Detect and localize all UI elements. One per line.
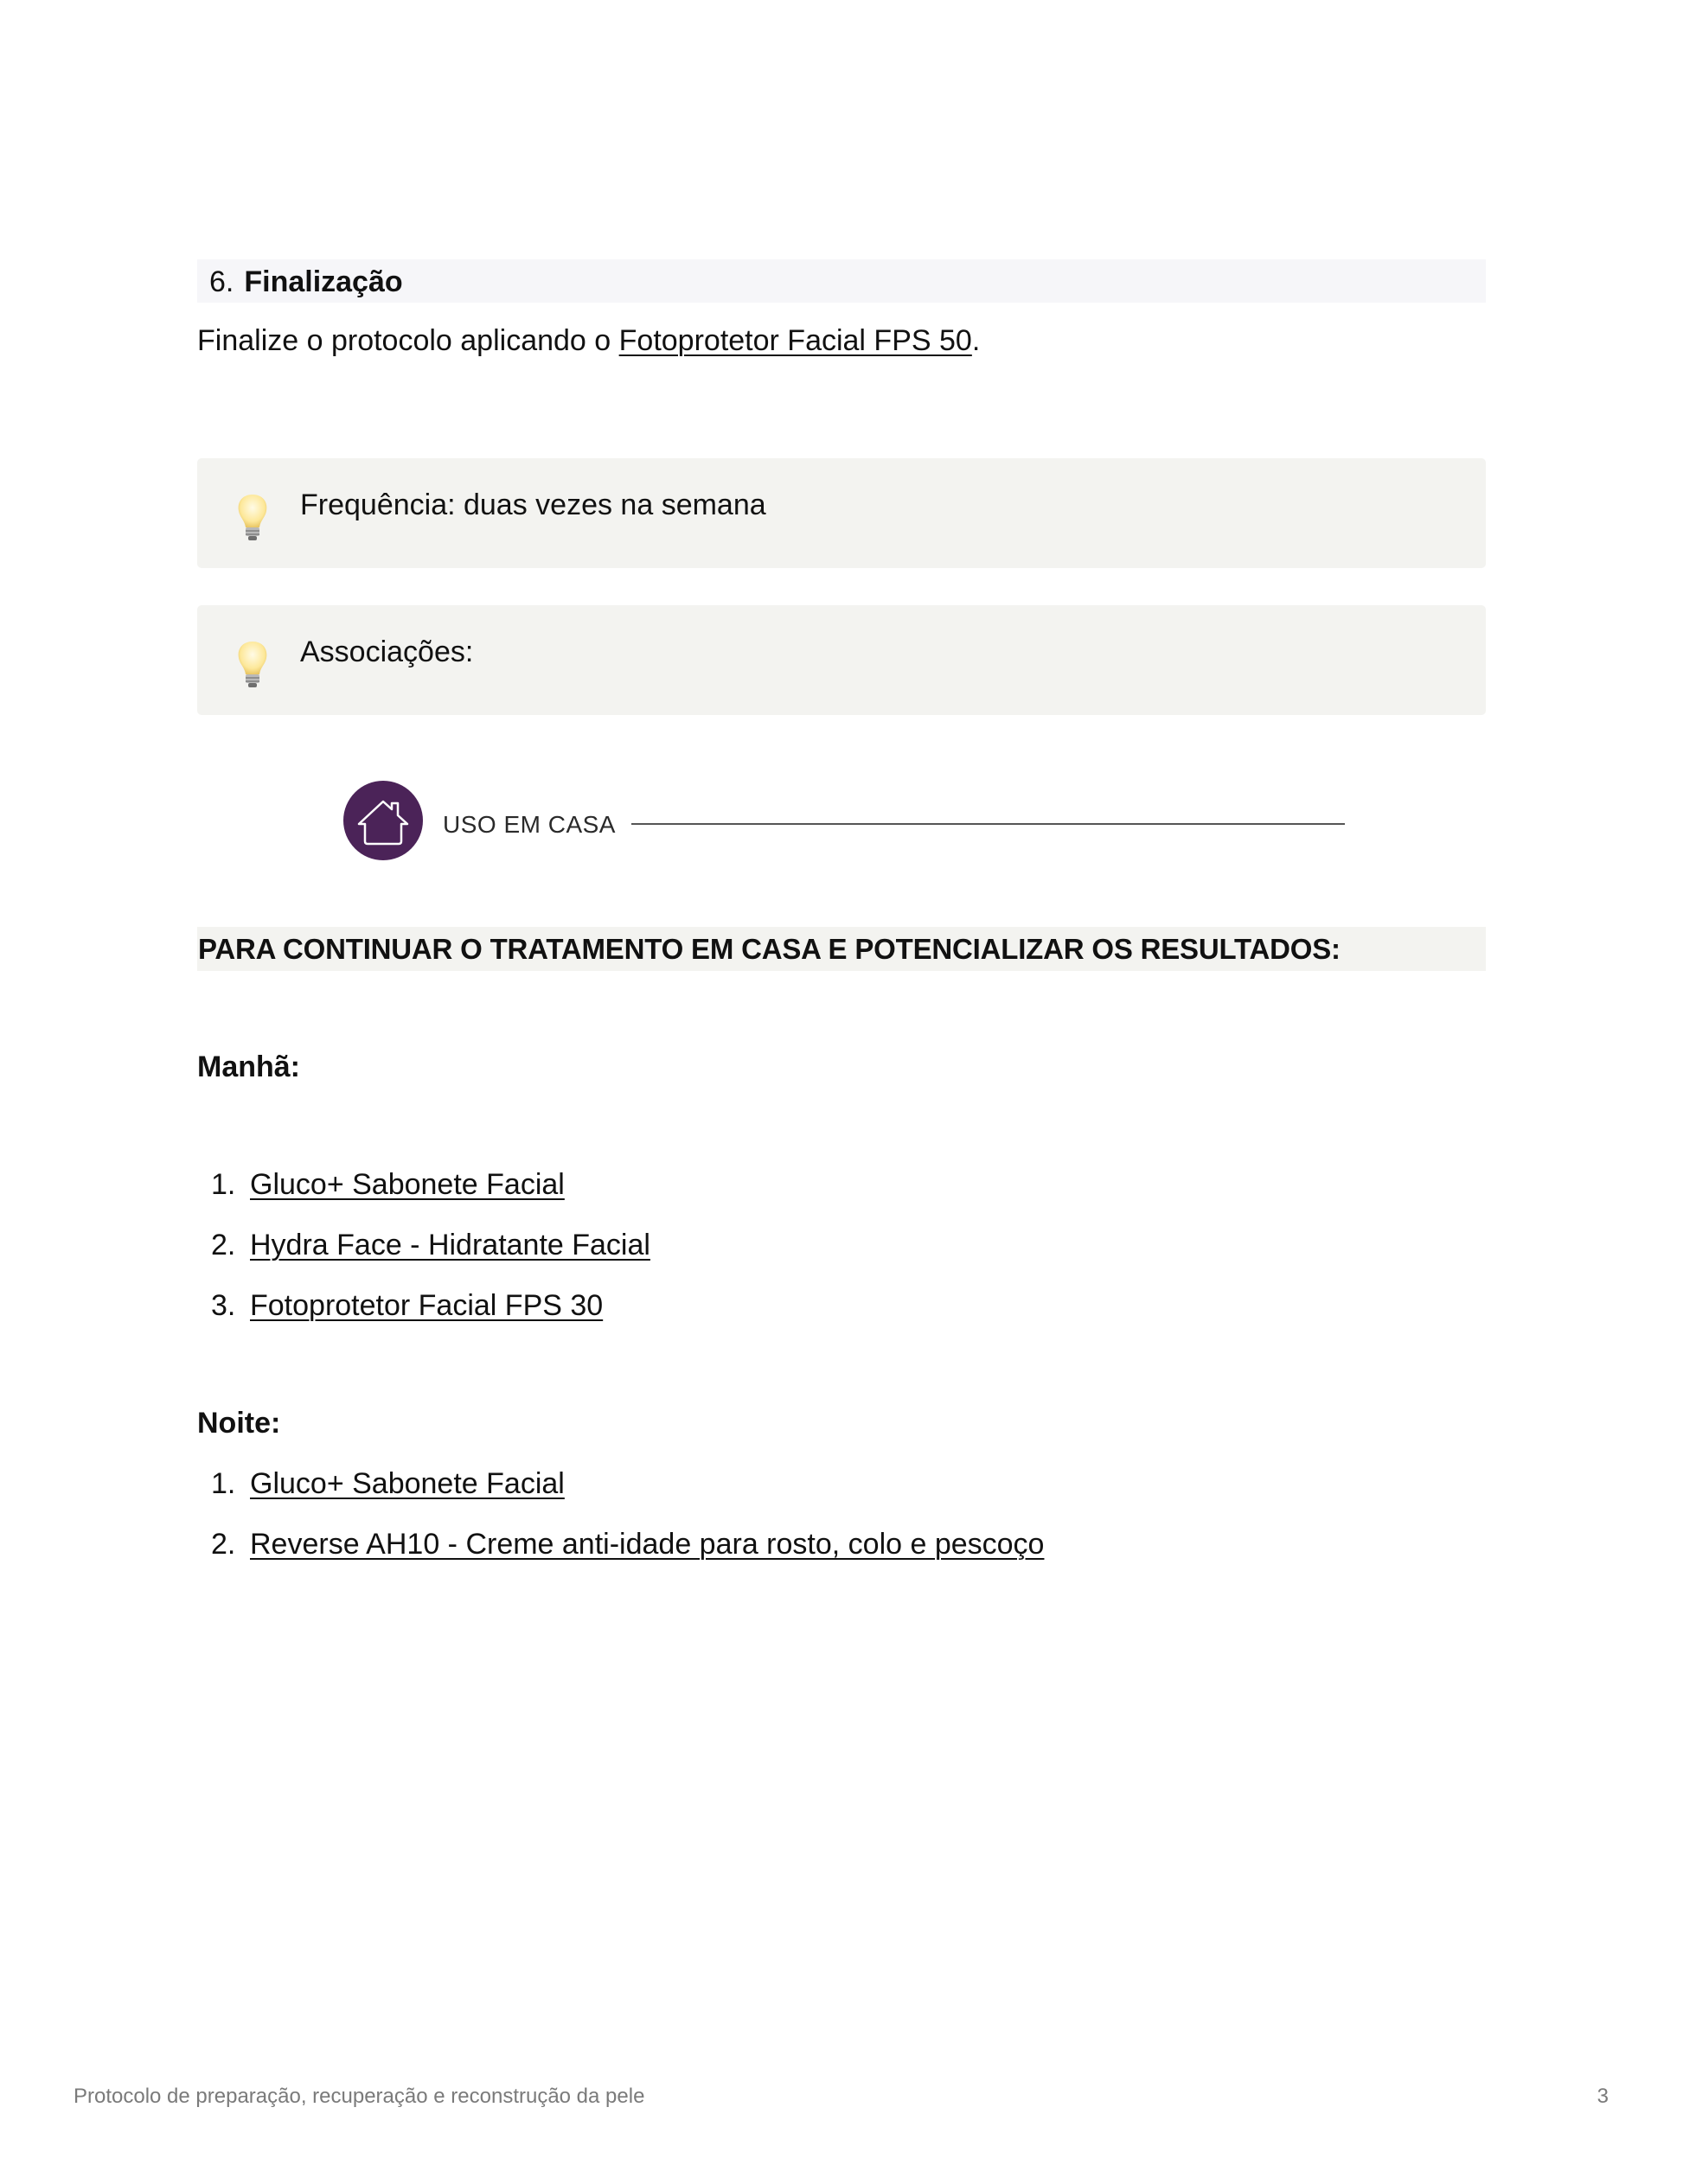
- list-number: 3.: [211, 1287, 250, 1325]
- product-link-fotoprotetor-fps50[interactable]: Fotoprotetor Facial FPS 50: [619, 324, 972, 357]
- product-link[interactable]: Gluco+ Sabonete Facial: [250, 1467, 565, 1500]
- night-list-item: 2.Reverse AH10 - Creme anti-idade para r…: [211, 1525, 1044, 1563]
- page-number: 3: [1597, 2084, 1609, 2110]
- section-divider-line: [631, 823, 1345, 825]
- section-label-uso-em-casa: USO EM CASA: [443, 808, 616, 842]
- morning-list-item: 2.Hydra Face - Hidratante Facial: [211, 1226, 650, 1264]
- step-text-end: .: [972, 324, 980, 357]
- lightbulb-icon: [235, 640, 270, 692]
- section-heading: PARA CONTINUAR O TRATAMENTO EM CASA E PO…: [198, 927, 1341, 971]
- step-title: 6.Finalização: [209, 259, 403, 303]
- step-number: 6.: [209, 265, 234, 298]
- product-link[interactable]: Gluco+ Sabonete Facial: [250, 1168, 565, 1201]
- step-paragraph: Finalize o protocolo aplicando o Fotopro…: [197, 320, 980, 361]
- list-number: 1.: [211, 1165, 250, 1204]
- product-link[interactable]: Reverse AH10 - Creme anti-idade para ros…: [250, 1528, 1044, 1561]
- callout-text: Associações:: [300, 633, 473, 671]
- callout-associations: Associações:: [197, 605, 1486, 715]
- list-number: 2.: [211, 1226, 250, 1264]
- morning-list-item: 1.Gluco+ Sabonete Facial: [211, 1165, 565, 1204]
- product-link[interactable]: Fotoprotetor Facial FPS 30: [250, 1289, 603, 1322]
- list-number: 1.: [211, 1465, 250, 1503]
- footer-document-title: Protocolo de preparação, recuperação e r…: [74, 2084, 644, 2110]
- step-label: Finalização: [244, 265, 402, 298]
- callout-frequency: Frequência: duas vezes na semana: [197, 458, 1486, 568]
- night-list-item: 1.Gluco+ Sabonete Facial: [211, 1465, 565, 1503]
- callout-text: Frequência: duas vezes na semana: [300, 486, 766, 524]
- morning-list-item: 3.Fotoprotetor Facial FPS 30: [211, 1287, 603, 1325]
- lightbulb-icon: [235, 493, 270, 545]
- morning-title: Manhã:: [197, 1048, 300, 1086]
- house-icon: [343, 781, 423, 860]
- product-link[interactable]: Hydra Face - Hidratante Facial: [250, 1229, 650, 1261]
- step-text: Finalize o protocolo aplicando o: [197, 324, 619, 357]
- night-title: Noite:: [197, 1404, 280, 1442]
- list-number: 2.: [211, 1525, 250, 1563]
